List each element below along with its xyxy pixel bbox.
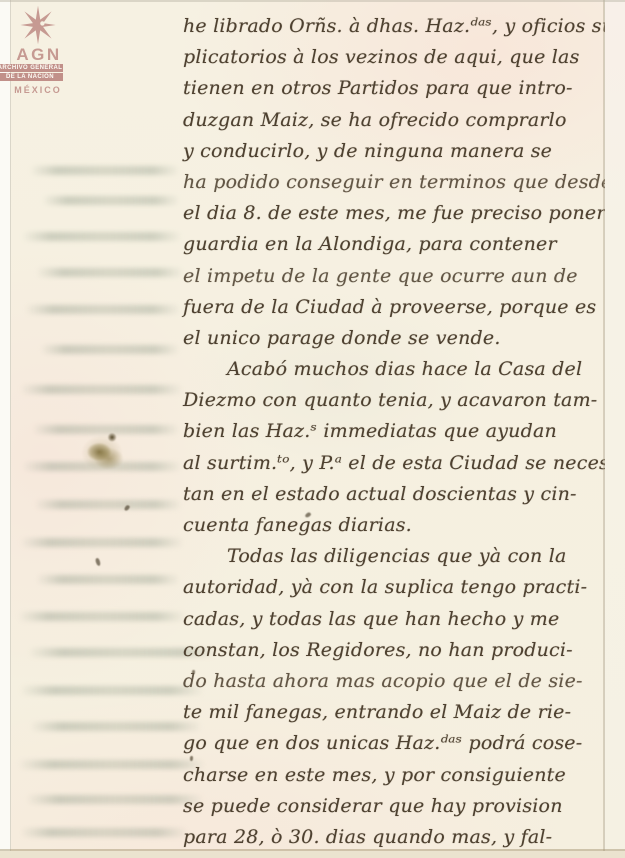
manuscript-line: se puede considerar que hay provision [183,791,619,822]
manuscript-line: el dia 8. de este mes, me fue preciso po… [183,198,619,229]
manuscript-text-block: he librado Orñs. à dhas. Haz.ᵈᵃˢ, y ofic… [183,11,619,853]
agn-watermark: AGN ARCHIVO GENERAL DE LA NACIÓN MÉXICO [6,5,70,95]
manuscript-line: charse en este mes, y por consiguiente [183,760,619,791]
scanned-document: AGN ARCHIVO GENERAL DE LA NACIÓN MÉXICO … [0,0,625,858]
manuscript-line: ha podido conseguir en terminos que desd… [183,167,619,198]
ink-speck [95,558,101,567]
scan-left-edge [0,0,11,858]
bleedthrough-smudge [36,268,184,277]
manuscript-line: al surtim.ᵗᵒ, y P.ᵃ el de esta Ciudad se… [183,448,619,479]
bleedthrough-smudge [30,166,180,175]
manuscript-line: el impetu de la gente que ocurre aun de [183,261,619,292]
manuscript-line: el unico parage donde se vende. [183,323,619,354]
agn-institution-bar-2: DE LA NACIÓN [0,73,63,81]
bleedthrough-smudge [18,612,186,621]
bleedthrough-smudge [34,500,182,509]
bleedthrough-smudge [22,232,182,241]
bleedthrough-smudge [20,828,188,837]
bleedthrough-smudge [20,385,183,394]
manuscript-line: Diezmo con quanto tenia, y acavaron tam- [183,385,619,416]
manuscript-line: constan, los Regidores, no han produci- [183,635,619,666]
manuscript-line: guardia en la Alondiga, para contener [183,229,619,260]
page-right-edge [603,0,605,858]
manuscript-line: tan en el estado actual doscientas y cin… [183,479,619,510]
page-bottom-edge [0,849,625,851]
bleedthrough-smudge [26,795,204,804]
bleedthrough-smudge [18,760,206,769]
manuscript-line: duzgan Maiz, se ha ofrecido comprarlo [183,105,619,136]
agn-institution-bar-1: ARCHIVO GENERAL [0,64,63,72]
manuscript-line: fuera de la Ciudad à proveerse, porque e… [183,292,619,323]
manuscript-line: bien las Haz.ˢ immediatas que ayudan [183,416,619,447]
bleedthrough-smudge [36,575,180,584]
scan-bottom-strip [0,851,625,858]
manuscript-line: te mil fanegas, entrando el Maiz de rie- [183,697,619,728]
bleedthrough-smudge [40,345,180,354]
manuscript-line: do hasta ahora mas acopio que el de sie- [183,666,619,697]
agn-acronym: AGN [8,46,70,63]
bleedthrough-smudge [20,686,204,695]
bleedthrough-smudge [42,196,180,205]
scan-top-edge [0,0,625,2]
agn-star-icon [16,5,60,45]
bleedthrough-smudge [30,722,202,731]
manuscript-line: tienen en otros Partidos para que intro- [183,73,619,104]
manuscript-line: cadas, y todas las que han hecho y me [183,604,619,635]
ink-stain [74,425,130,481]
manuscript-line: Acabó muchos dias hace la Casa del [183,354,619,385]
bleedthrough-smudge [20,538,184,547]
manuscript-page: AGN ARCHIVO GENERAL DE LA NACIÓN MÉXICO … [10,0,604,851]
manuscript-line: autoridad, yà con la suplica tengo pract… [183,572,619,603]
agn-country: MÉXICO [6,85,70,95]
bleedthrough-smudge [25,305,181,314]
manuscript-line: y conducirlo, y de ninguna manera se [183,136,619,167]
ink-speck [124,504,131,511]
manuscript-line: Todas las diligencias que yà con la [183,541,619,572]
manuscript-line: go que en dos unicas Haz.ᵈᵃˢ podrá cose- [183,728,619,759]
manuscript-line: he librado Orñs. à dhas. Haz.ᵈᵃˢ, y ofic… [183,11,619,42]
manuscript-line: cuenta fanegas diarias. [183,510,619,541]
manuscript-line: plicatorios à los vezinos de aqui, que l… [183,42,619,73]
scan-right-strip [605,0,625,858]
